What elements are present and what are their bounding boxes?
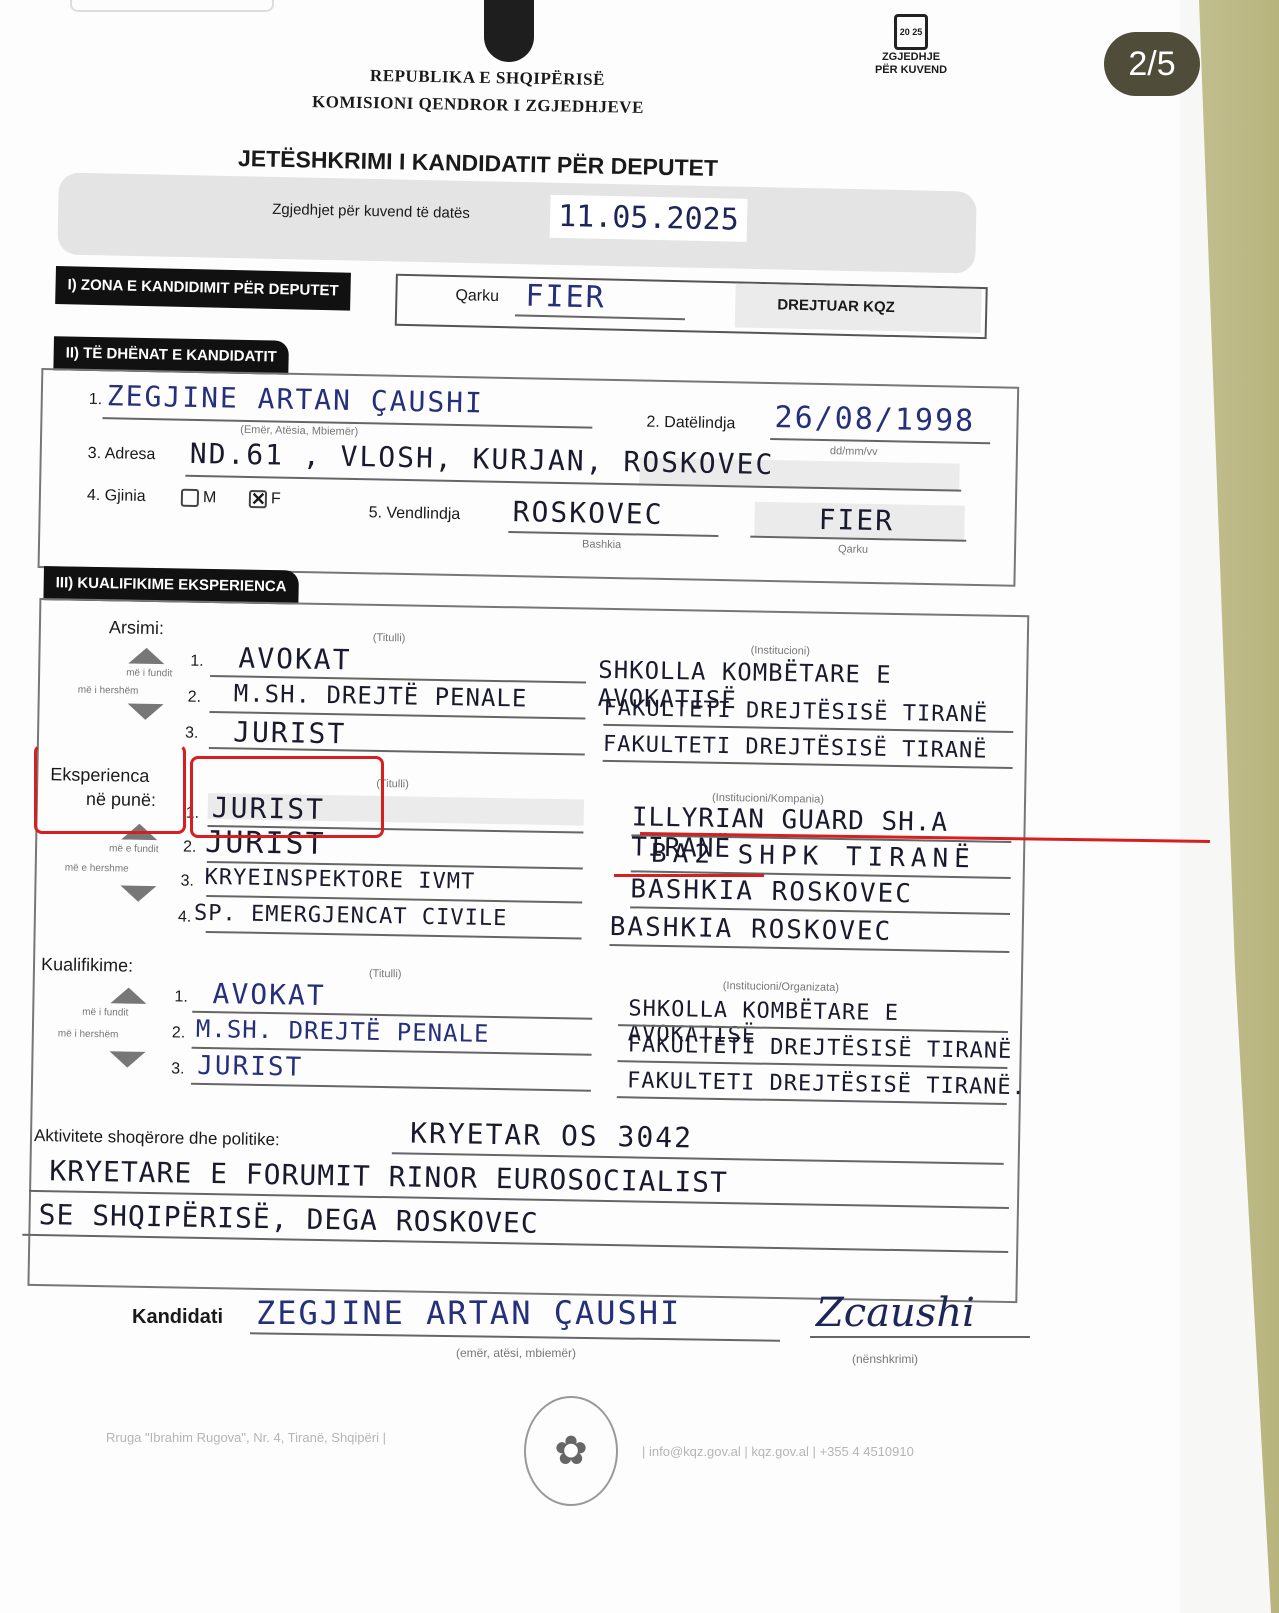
annotation-circle-experience-label bbox=[34, 744, 186, 834]
footer-address: Rruga "Ibrahim Rugova", Nr. 4, Tiranë, S… bbox=[106, 1430, 386, 1445]
kqz-seal-icon: ✿ bbox=[524, 1396, 618, 1506]
row-number: 2. bbox=[183, 839, 197, 857]
education-title-field[interactable]: M.SH. DREJTË PENALE bbox=[234, 679, 528, 712]
page-tab bbox=[70, 0, 274, 12]
directed-label: DREJTUAR KQZ bbox=[777, 296, 895, 316]
candidate-name-field[interactable]: ZEGJINE ARTAN ÇAUSHI bbox=[256, 1294, 681, 1332]
education-title-hint: (Titulli) bbox=[373, 632, 406, 645]
dob-label: 2. Datëlindja bbox=[646, 414, 735, 434]
municipality-hint: Bashkia bbox=[582, 538, 621, 551]
experience-latest: më e fundit bbox=[109, 843, 159, 855]
row-number: 2. bbox=[172, 1024, 186, 1042]
name-hint: (Emër, Atësia, Mbiemër) bbox=[240, 424, 358, 438]
experience-title-field[interactable]: KRYEINSPEKTORE IVMT bbox=[204, 865, 475, 895]
emblem-icon bbox=[484, 0, 534, 62]
experience-institution-field[interactable]: BASHKIA ROSKOVEC bbox=[610, 912, 893, 947]
name-number: 1. bbox=[89, 391, 103, 409]
dob-field[interactable]: 26/08/1998 bbox=[774, 400, 975, 439]
signature-field[interactable]: Zcaushi bbox=[816, 1290, 975, 1336]
row-number: 2. bbox=[188, 689, 202, 707]
education-title-field[interactable]: AVOKAT bbox=[238, 641, 352, 676]
page-indicator[interactable]: 2/5 bbox=[1104, 32, 1200, 96]
education-earliest: më i hershëm bbox=[78, 685, 139, 697]
birthplace-label: 5. Vendlindja bbox=[368, 504, 460, 524]
experience-earliest: më e hershme bbox=[65, 862, 129, 874]
arrow-down-icon bbox=[120, 885, 156, 902]
gender-f-checkbox-checked[interactable]: ✕ bbox=[249, 490, 267, 508]
birthplace-county-field[interactable]: FIER bbox=[818, 503, 894, 537]
qualifications-title-hint: (Titulli) bbox=[369, 968, 402, 981]
education-title-field[interactable]: JURIST bbox=[233, 715, 347, 750]
activities-line-1[interactable]: KRYETAR OS 3042 bbox=[410, 1117, 693, 1155]
qualifications-label: Kualifikime: bbox=[41, 954, 133, 977]
arrow-up-icon bbox=[110, 987, 146, 1004]
republic-heading: REPUBLIKA E SHQIPËRISË bbox=[370, 66, 605, 90]
logo-text-1: ZGJEDHJE bbox=[856, 52, 966, 63]
address-label: 3. Adresa bbox=[88, 445, 156, 464]
qualifications-inst-hint: (Institucioni/Organizata) bbox=[723, 980, 839, 994]
annotation-box-jurist bbox=[190, 756, 384, 838]
arrow-down-icon bbox=[127, 704, 163, 721]
qualification-title-field[interactable]: JURIST bbox=[197, 1051, 303, 1083]
candidate-label: Kandidati bbox=[132, 1306, 223, 1329]
ballot-box-icon: 20 25 bbox=[894, 14, 928, 50]
section-2: II) TË DHËNAT E KANDIDATIT 1. ZEGJINE AR… bbox=[37, 336, 1021, 595]
education-inst-hint: (Institucioni) bbox=[751, 644, 810, 657]
kqz-logo: 20 25 ZGJEDHJE PËR KUVEND bbox=[856, 14, 966, 76]
election-date-label: Zgjedhjet për kuvend të datës bbox=[272, 201, 470, 222]
gender-m-label: M bbox=[203, 489, 217, 507]
signature-hint: (nënshkrimi) bbox=[852, 1352, 918, 1366]
arrow-up-icon bbox=[128, 648, 164, 665]
election-date-field[interactable]: 11.05.2025 bbox=[550, 195, 747, 242]
birthplace-municipality-field[interactable]: ROSKOVEC bbox=[512, 495, 663, 531]
qualifications-latest: më i fundit bbox=[82, 1007, 128, 1019]
row-number: 3. bbox=[171, 1060, 185, 1078]
candidate-name-hint: (emër, atësi, mbiemër) bbox=[456, 1346, 576, 1360]
activities-label: Aktivitete shoqërore dhe politike: bbox=[34, 1126, 280, 1150]
qualification-title-field[interactable]: AVOKAT bbox=[212, 977, 326, 1012]
signature-underline bbox=[810, 1336, 1030, 1338]
education-label: Arsimi: bbox=[109, 617, 164, 639]
arrow-down-icon bbox=[109, 1051, 145, 1068]
qualification-title-field[interactable]: M.SH. DREJTË PENALE bbox=[196, 1015, 490, 1048]
county-hint: Qarku bbox=[838, 543, 868, 556]
qarku-field[interactable]: FIER bbox=[525, 279, 606, 316]
qualifications-earliest: më i hershëm bbox=[58, 1028, 119, 1040]
dob-hint: dd/mm/vv bbox=[830, 445, 878, 458]
row-number: 3. bbox=[185, 725, 199, 743]
logo-text-2: PËR KUVEND bbox=[856, 65, 966, 76]
section-1-title: I) ZONA E KANDIDIMIT PËR DEPUTET bbox=[55, 266, 351, 311]
row-number: 4. bbox=[178, 908, 192, 926]
gender-m-checkbox[interactable] bbox=[181, 489, 199, 507]
annotation-underline-ba2 bbox=[614, 874, 764, 877]
gender-f-label: F bbox=[271, 490, 281, 508]
section-3: III) KUALIFIKIME EKSPERIENCA Arsimi: (Ti… bbox=[27, 566, 1039, 1303]
row-number: 1. bbox=[190, 653, 204, 671]
row-number: 3. bbox=[180, 873, 194, 891]
qarku-label: Qarku bbox=[455, 287, 499, 306]
gender-label: 4. Gjinia bbox=[87, 487, 146, 506]
row-number: 1. bbox=[174, 988, 188, 1006]
education-latest: më i fundit bbox=[126, 668, 172, 680]
footer-contact: | info@kqz.gov.al | kqz.gov.al | +355 4 … bbox=[642, 1444, 914, 1459]
experience-institution-field[interactable]: BASHKIA ROSKOVEC bbox=[630, 874, 913, 909]
experience-institution-field[interactable]: BA2 SHPK TIRANË bbox=[651, 839, 976, 875]
